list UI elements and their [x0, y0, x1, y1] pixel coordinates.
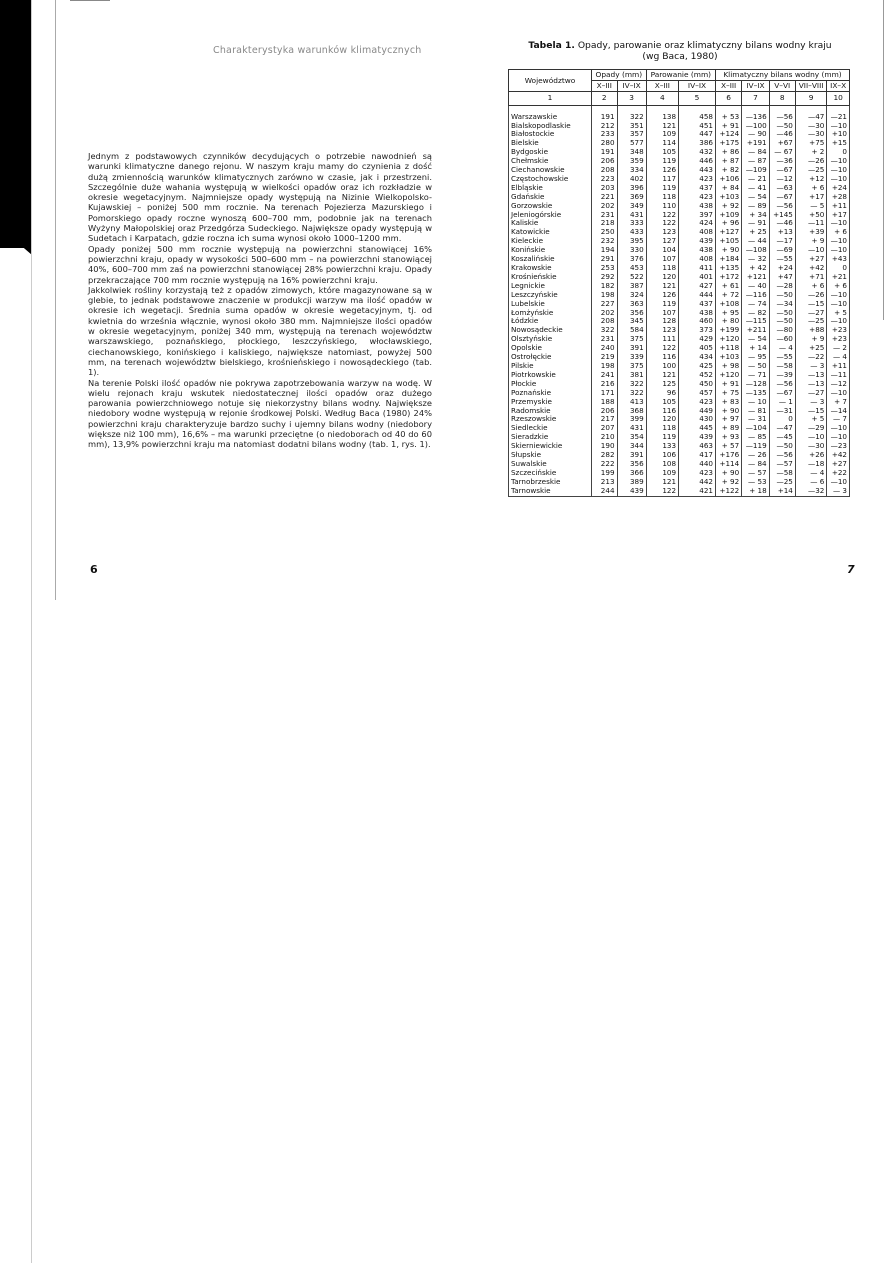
table-cell: 138: [646, 105, 678, 121]
subheader: IX–X: [827, 81, 850, 92]
column-number: 8: [769, 92, 795, 105]
table-cell: —56: [769, 105, 795, 121]
table-cell: +122: [715, 487, 741, 496]
subheader: VII–VIII: [795, 81, 826, 92]
header-parowanie: Parowanie (mm): [646, 70, 715, 81]
column-number: 1: [509, 92, 592, 105]
header-opady: Opady (mm): [592, 70, 647, 81]
table-cell: 421: [679, 487, 716, 496]
caption-label: Tabela 1.: [528, 40, 575, 51]
table-body: Warszawskie191322138458+ 53—136—56—47—21…: [509, 105, 850, 496]
table-row: Tarnowskie244439122421+122+ 18+14—32— 3: [509, 487, 850, 496]
table-row: Konińskie194330104438+ 90—108—69—10—10: [509, 246, 850, 255]
running-head: Charakterystyka warunków klimatycznych: [213, 45, 421, 56]
table-row: Bialskopodlaskie212351121451+ 91—100—50—…: [509, 122, 850, 131]
table-cell: 244: [592, 487, 618, 496]
table-row: Krakowskie253453118411+135+ 42+24+420: [509, 264, 850, 273]
table-cell: 191: [592, 105, 618, 121]
table-row: Częstochowskie223402117423+106— 21—12+12…: [509, 175, 850, 184]
table-row: Piotrkowskie241381121452+120— 71—39—13—1…: [509, 371, 850, 380]
subheader: IV–IX: [679, 81, 716, 92]
table-cell: —136: [742, 105, 769, 121]
table-row: Pilskie198375100425+ 98— 50—58— 3+11: [509, 362, 850, 371]
table-cell: 458: [679, 105, 716, 121]
table-row: Koszalińskie291376107408+184— 32—55+27+4…: [509, 255, 850, 264]
page-number-left: 6: [90, 563, 98, 576]
table-row: Kaliskie218333122424+ 96— 91—46—11—10: [509, 219, 850, 228]
body-text: Jednym z podstawowych czynników decydują…: [88, 151, 432, 450]
table-row: Warszawskie191322138458+ 53—136—56—47—21: [509, 105, 850, 121]
table-caption: Tabela 1. Opady, parowanie oraz klimatyc…: [505, 40, 855, 62]
subheader: X–III: [592, 81, 618, 92]
subheader: V–VI: [769, 81, 795, 92]
voivodeship-name: Tarnowskie: [509, 487, 592, 496]
table-row: Przemyskie188413105423+ 83— 10— 1— 3+ 7: [509, 398, 850, 407]
table-row: Jeleniogórskie231431122397+109+ 34+145+5…: [509, 211, 850, 220]
caption-source: (wg Baca, 1980): [642, 51, 717, 62]
voivodeship-name: Warszawskie: [509, 105, 592, 121]
caption-text: Opady, parowanie oraz klimatyczny bilans…: [578, 40, 832, 51]
paragraph: Na terenie Polski ilość opadów nie pokry…: [88, 378, 432, 450]
page-edge-line: [883, 0, 884, 320]
table-row: Suwalskie222356108440+114— 84—57—18+27: [509, 460, 850, 469]
table-cell: —47: [795, 105, 826, 121]
table-cell: 439: [617, 487, 646, 496]
page-edge-line: [70, 0, 110, 1]
table-row: Leszczyńskie198324126444+ 72—116—50—26—1…: [509, 291, 850, 300]
table-row: Bielskie280577114386+175+191+67+75+15: [509, 139, 850, 148]
table-row: Lubelskie227363119437+108— 74—34—15—10: [509, 300, 850, 309]
column-number: 10: [827, 92, 850, 105]
table-cell: + 18: [742, 487, 769, 496]
header-wojewodztwo: Województwo: [509, 70, 592, 92]
table-row: Łomżyńskie202356107438+ 95— 82—50—27+ 5: [509, 309, 850, 318]
table-cell: —21: [827, 105, 850, 121]
table-cell: 322: [617, 105, 646, 121]
table-row: Legnickie182387121427+ 61— 40—28+ 6+ 6: [509, 282, 850, 291]
table-row: Rzeszowskie217399120430+ 97— 310+ 5— 7: [509, 415, 850, 424]
climate-table: Województwo Opady (mm) Parowanie (mm) Kl…: [508, 69, 850, 497]
subheader: X–III: [715, 81, 741, 92]
table-row: Radomskie206368116449+ 90— 81—31—15—14: [509, 407, 850, 416]
header-bilans: Klimatyczny bilans wodny (mm): [715, 70, 849, 81]
page-edge-line: [55, 0, 56, 600]
column-number: 2: [592, 92, 618, 105]
column-number: 6: [715, 92, 741, 105]
table-row: Ostrołęckie219339116434+103— 95—55—22— 4: [509, 353, 850, 362]
column-number: 9: [795, 92, 826, 105]
table-row: Słupskie282391106417+176— 26—56+26+42: [509, 451, 850, 460]
table-row: Nowosądeckie322584123373+199+211—80+88+2…: [509, 326, 850, 335]
table-row: Skierniewickie190344133463+ 57—119—50—30…: [509, 442, 850, 451]
table-row: Białostockie233357109447+124— 90—46—30+1…: [509, 130, 850, 139]
table-cell: + 53: [715, 105, 741, 121]
table-cell: — 3: [827, 487, 850, 496]
table-row: Kieleckie232395127439+105— 44—17+ 9—10: [509, 237, 850, 246]
subheader: IV–IX: [617, 81, 646, 92]
column-number: 4: [646, 92, 678, 105]
table-row: Siedleckie207431118445+ 89—104—47—29—10: [509, 424, 850, 433]
table-row: Poznańskie17132296457+ 75—135—67—27—10: [509, 389, 850, 398]
table-cell: —32: [795, 487, 826, 496]
subheader: X–III: [646, 81, 678, 92]
paragraph: Jakkolwiek rośliny korzystają też z opad…: [88, 285, 432, 378]
table-row: Tarnobrzeskie213389121442+ 92— 53—25— 6—…: [509, 478, 850, 487]
table-row: Gdańskie221369118423+103— 54—67+17+28: [509, 193, 850, 202]
table-row: Bydgoskie191348105432+ 86— 84— 67+ 20: [509, 148, 850, 157]
paragraph: Jednym z podstawowych czynników decydują…: [88, 151, 432, 244]
table-cell: +14: [769, 487, 795, 496]
table-row: Opolskie240391122405+118+ 14— 4+25— 2: [509, 344, 850, 353]
column-number: 7: [742, 92, 769, 105]
table-cell: 122: [646, 487, 678, 496]
table-row: Katowickie250433123408+127+ 25+13+39+ 6: [509, 228, 850, 237]
page-edge-line: [31, 0, 32, 1263]
paragraph: Opady poniżej 500 mm rocznie występują n…: [88, 244, 432, 285]
table-row: Olsztyńskie231375111429+120— 54—60+ 9+23: [509, 335, 850, 344]
table-row: Krośnieńskie292522120401+172+121+47+71+2…: [509, 273, 850, 282]
column-number: 3: [617, 92, 646, 105]
column-number: 5: [679, 92, 716, 105]
page-number-right: 7: [847, 563, 855, 576]
table-row: Płockie216322125450+ 91—128—56—13—12: [509, 380, 850, 389]
table-row: Elbląskie203396119437+ 84— 41—63+ 6+24: [509, 184, 850, 193]
subheader: IV–IX: [742, 81, 769, 92]
